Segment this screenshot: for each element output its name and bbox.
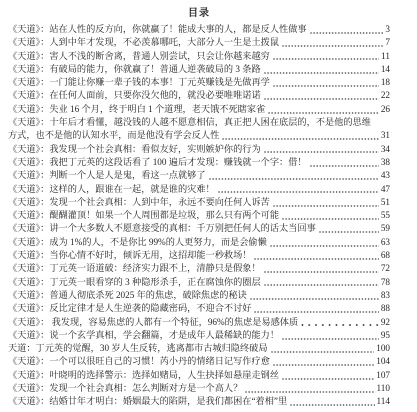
toc-entry-label: 方式，也不是他的认知水平，而是他没有学会反人性 [8,129,219,142]
toc-entry-label: 《天道》：我发现一个社会真相：看似友好，实则嫉妒你的行为 [8,143,261,156]
toc-entry-label: 天道：丁元英的觉醒，30 岁人生反转，逃离都市古城归隐终破局 [8,342,268,355]
toc-entry-label: 《天道》：人到中年才发现，不必羡慕哪吒，大部分人一生是土拨鼠 [8,36,279,49]
dot-leader [268,112,379,114]
dot-leader [301,324,379,326]
dot-leader [270,245,379,247]
dot-leader [282,45,383,47]
toc-page-number: 78 [381,276,390,289]
toc-page-number: 14 [381,63,390,76]
toc-entry-label: 《天道》：在任何人面前，只要你没欠他的，就没必要唯唯诺诺 [8,89,261,102]
dot-leader [282,378,374,380]
toc-entry[interactable]: 《天道》：当你心情不好时，倾诉无用，这招却能一秒救场！68 [8,249,390,262]
toc-entry[interactable]: 《天道》：一个可以很旺自己的习惯！芮小丹的情绪日记写作疗愈104 [8,355,390,368]
toc-page-number: 92 [381,316,390,329]
dot-leader [319,231,379,233]
toc-entry[interactable]: 《天道》：发现一个社会真相：人到中年，永远不要向任何人诉苦51 [8,196,390,209]
toc-entry[interactable]: 《天道》：成为 1%的人，不是你比 99%的人更努力，而是会偷懒63 [8,236,390,249]
toc-entry-label: 《天道》：站在人性的反方向，你就赢了！能成大事的人，都是反人性做事 [8,23,307,36]
toc-entry[interactable]: 《天道》：十年后才看懂，越没钱的人越不愿意相信，真正把人困在底层的，不是他的思维 [8,116,390,129]
toc-page-number: 63 [381,236,390,249]
toc-entry[interactable]: 《天道》：发现一个社会真相：怎么判断对方是一个高人？110 [8,382,390,395]
dot-leader [254,258,378,260]
dot-leader [310,165,379,167]
toc-entry-label: 《天道》：这样的人，跟谁在一起，就是谁的灾难！ [8,183,215,196]
toc-page-number: 88 [381,302,390,315]
toc-entry[interactable]: 《天道》：判断一个人是人是鬼，看这一点就够了43 [8,169,390,182]
toc-entry-label: 《天道》：发现一个社会真相：怎么判断对方是一个高人？ [8,382,242,395]
toc-entry-label: 《天道》：反比定律才是人生逆袭的隐藏密码，不迎合不讨好 [8,302,251,315]
toc-entry[interactable]: 《天道》：叶晓明的选择警示：选择如赌局，人生抉择如悬崖走钢丝107 [8,369,390,382]
toc-page-number: 107 [376,369,390,382]
toc-entry[interactable]: 天道：丁元英的觉醒，30 岁人生反转，逃离都市古城归隐终破局100 [8,342,390,355]
dot-leader [282,218,379,220]
toc-entry[interactable]: 《天道》：在任何人面前，只要你没欠他的，就没必要唯唯诺诺22 [8,89,390,102]
dot-leader [218,191,379,193]
toc-entry-label: 《天道》：十年后才看懂，越没钱的人越不愿意相信，真正把人困在底层的，不是他的思维 [8,116,371,129]
toc-page-number: 104 [376,355,390,368]
dot-leader [273,364,374,366]
dot-leader [264,271,379,273]
toc-page-number: 38 [381,156,390,169]
toc-page-number: 51 [381,196,390,209]
toc-page-number: 34 [381,143,390,156]
dot-leader [264,151,379,153]
toc-page-number: 55 [381,209,390,222]
toc-entry-label: 《天道》：失业 16 个月，终于明白 1 个道理，老天饿不死瞎家雀 [8,103,265,116]
toc-page-number: 83 [381,289,390,302]
toc-page-number: 59 [381,222,390,235]
toc-entry-label: 《天道》：叶晓明的选择警示：选择如赌局，人生抉择如悬崖走钢丝 [8,369,279,382]
dot-leader [254,311,378,313]
toc-page-number: 11 [381,50,390,63]
toc-page-number: 95 [381,329,390,342]
toc-page-number: 47 [381,183,390,196]
toc-entry-label: 《天道》：说一个玄学真相，学会翻篇，才是成年人最稀缺的能力！ [8,329,279,342]
toc-page-number: 31 [381,129,390,142]
toc-page-number: 18 [381,76,390,89]
toc-entry-label: 《天道》：害人不浅的断舍离，普通人别尝试，只会让你越来越穷 [8,50,270,63]
toc-entry[interactable]: 《天道》：说一个玄学真相，学会翻篇，才是成年人最稀缺的能力！95 [8,329,390,342]
toc-page-number: 100 [376,342,390,355]
toc-entry[interactable]: 《天道》：反比定律才是人生逆袭的隐藏密码，不迎合不讨好88 [8,302,390,315]
toc-entry[interactable]: 《天道》：结婚廿年才明白：婚姻最大的陷阱，是我们都困在“着相”里114 [8,395,390,408]
dot-leader [290,404,374,406]
toc-entry-label: 《天道》：丁元英一眼看穿的 3 种隐形杀手，正在腐蚀你的圈层 [8,276,261,289]
toc-page-number: 110 [377,382,390,395]
toc-entry-label: 《天道》：醍醐灌顶！如果一个人周围都是垃圾，那么只有两个可能 [8,209,279,222]
document-page: 目录 《天道》：站在人性的反方向，你就赢了！能成大事的人，都是反人性做事3《天道… [0,0,417,412]
toc-page-number: 22 [381,89,390,102]
toc-page-number: 3 [385,23,390,36]
toc-entry-label: 《天道》：一个可以很旺自己的习惯！芮小丹的情绪日记写作疗愈 [8,355,270,368]
toc-entry[interactable]: 《天道》：讲一个大多数人不愿意接受的真相：千万别把任何人的话太当回事59 [8,222,390,235]
toc-entry-label: 《天道》：讲一个大多数人不愿意接受的真相：千万别把任何人的话太当回事 [8,222,316,235]
toc-page-number: 7 [385,36,390,49]
dot-leader [245,391,374,393]
dot-leader [209,178,379,180]
dot-leader [271,351,375,353]
toc-entry[interactable]: 《天道》：我发现一个社会真相：看似友好，实则嫉妒你的行为34 [8,143,390,156]
dot-leader [222,138,379,140]
dot-leader [264,72,379,74]
toc-entry[interactable]: 《天道》：害人不浅的断舍离，普通人别尝试，只会让你越来越穷11 [8,50,390,63]
toc-entry[interactable]: 方式，也不是他的认知水平，而是他没有学会反人性31 [8,129,390,142]
toc-entry[interactable]: 《天道》：失业 16 个月，终于明白 1 个道理，老天饿不死瞎家雀26 [8,103,390,116]
toc-entry-label: 《天道》：成为 1%的人，不是你比 99%的人更努力，而是会偷懒 [8,236,267,249]
dot-leader [264,98,379,100]
toc-entry[interactable]: 《天道》：这样的人，跟谁在一起，就是谁的灾难！47 [8,183,390,196]
toc-list: 《天道》：站在人性的反方向，你就赢了！能成大事的人，都是反人性做事3《天道》：人… [8,23,390,409]
toc-entry[interactable]: 《天道》：醍醐灌顶！如果一个人周围都是垃圾，那么只有两个可能55 [8,209,390,222]
toc-entry[interactable]: 《天道》：我把丁元英的这段话看了 100 遍后才发现：赚钱就一个字：借！38 [8,156,390,169]
toc-entry-label: 《天道》： 我发现，容易焦虑的人都有一个特征，96%的焦虑是易感体质 [8,316,298,329]
dot-leader [273,205,379,207]
toc-entry-label: 《天道》：普通人彻底杀死 2025 年的焦虑，破除焦虑的秘诀 [8,289,247,302]
toc-entry-label: 《天道》：当你心情不好时，倾诉无用，这招却能一秒救场！ [8,249,251,262]
toc-entry[interactable]: 《天道》：丁元英一眼看穿的 3 种隐形杀手，正在腐蚀你的圈层78 [8,276,390,289]
dot-leader [310,32,384,34]
toc-entry-label: 《天道》：有破局的能力，你就赢了！普通人逆袭破局的 3 条路 [8,63,261,76]
toc-page-number: 114 [377,395,390,408]
toc-entry[interactable]: 《天道》：人到中年才发现，不必羡慕哪吒，大部分人一生是土拨鼠7 [8,36,390,49]
toc-page-number: 68 [381,249,390,262]
toc-entry[interactable]: 《天道》：普通人彻底杀死 2025 年的焦虑，破除焦虑的秘诀83 [8,289,390,302]
dot-leader [250,298,379,300]
toc-entry-label: 《天道》：结婚廿年才明白：婚姻最大的陷阱，是我们都困在“着相”里 [8,395,287,408]
toc-entry[interactable]: 《天道》： 我发现，容易焦虑的人都有一个特征，96%的焦虑是易感体质92 [8,316,390,329]
toc-entry-label: 《天道》：我把丁元英的这段话看了 100 遍后才发现：赚钱就一个字：借！ [8,156,307,169]
dot-leader [282,338,379,340]
toc-entry[interactable]: 《天道》：站在人性的反方向，你就赢了！能成大事的人，都是反人性做事3 [8,23,390,36]
toc-entry-label: 《天道》：发现一个社会真相：人到中年，永远不要向任何人诉苦 [8,196,270,209]
toc-page-number: 72 [381,262,390,275]
toc-title: 目录 [8,6,390,21]
dot-leader [273,58,379,60]
dot-leader [264,284,379,286]
toc-page-number: 43 [381,169,390,182]
toc-entry-label: 《天道》：一门能让你赚一辈子钱的本事！丁元英赚钱是先做再学 [8,76,270,89]
toc-entry-label: 《天道》：判断一个人是人是鬼，看这一点就够了 [8,169,206,182]
dot-leader [273,85,379,87]
toc-entry-label: 《天道》：丁元英一语道破：经济实力跟不上，清静只是假象！ [8,262,261,275]
toc-page-number: 26 [381,103,390,116]
toc-entry[interactable]: 《天道》：有破局的能力，你就赢了！普通人逆袭破局的 3 条路14 [8,63,390,76]
toc-entry[interactable]: 《天道》：丁元英一语道破：经济实力跟不上，清静只是假象！72 [8,262,390,275]
toc-entry[interactable]: 《天道》：一门能让你赚一辈子钱的本事！丁元英赚钱是先做再学18 [8,76,390,89]
